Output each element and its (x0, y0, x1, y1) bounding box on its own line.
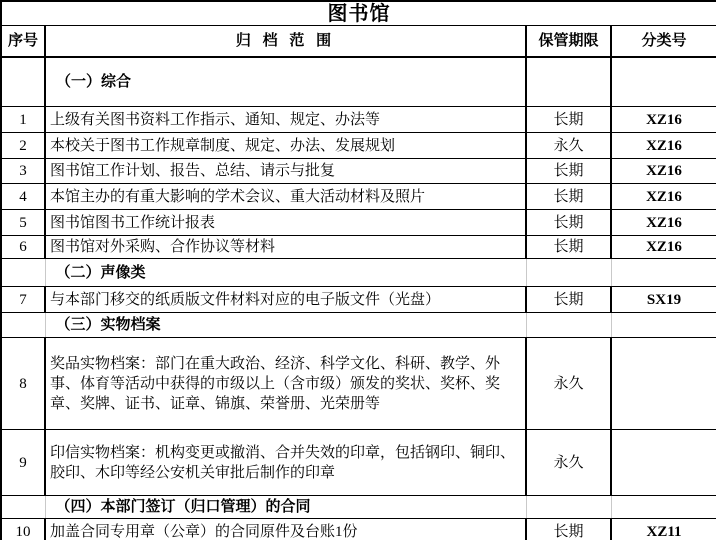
row-number-cell: 10 (1, 519, 45, 540)
retention-cell: 长期 (526, 159, 611, 184)
classification-cell: XZ16 (611, 184, 716, 210)
retention-cell: 长期 (526, 519, 611, 540)
row-number-cell: 7 (1, 287, 45, 313)
row-number-cell: 9 (1, 430, 45, 496)
row-number-cell: 1 (1, 107, 45, 133)
classification-cell: SX19 (611, 287, 716, 313)
scope-cell: 图书馆对外采购、合作协议等材料 (45, 236, 526, 259)
scope-cell: 印信实物档案：机构变更或撤消、合并失效的印章，包括钢印、铜印、胶印、木印等经公安… (45, 430, 526, 496)
retention-cell: 长期 (526, 210, 611, 236)
title-row: 图书馆 (1, 1, 716, 26)
classification-cell: XZ11 (611, 519, 716, 540)
column-header-scope: 归 档 范 围 (45, 26, 526, 58)
section-label-cell: （四）本部门签订（归口管理）的合同 (45, 496, 526, 519)
classification-cell: XZ16 (611, 236, 716, 259)
scope-cell: 本馆主办的有重大影响的学术会议、重大活动材料及照片 (45, 184, 526, 210)
item-row-10: 10 加盖合同专用章（公章）的合同原件及台账1份 长期 XZ11 (1, 519, 716, 540)
section-row-3: （三）实物档案 (1, 313, 716, 338)
document-page: 图书馆 序号 归 档 范 围 保管期限 分类号 （一）综合 1 上级有关图书资料… (0, 0, 716, 540)
item-row-3: 3 图书馆工作计划、报告、总结、请示与批复 长期 XZ16 (1, 159, 716, 184)
retention-cell: 长期 (526, 107, 611, 133)
retention-cell (526, 57, 611, 107)
classification-cell (611, 57, 716, 107)
scope-cell: 图书馆图书工作统计报表 (45, 210, 526, 236)
classification-cell: XZ16 (611, 107, 716, 133)
row-number-cell (1, 313, 45, 338)
retention-cell (526, 259, 611, 287)
classification-cell (611, 313, 716, 338)
classification-cell (611, 338, 716, 430)
row-number-cell: 8 (1, 338, 45, 430)
row-number-cell (1, 496, 45, 519)
item-row-6: 6 图书馆对外采购、合作协议等材料 长期 XZ16 (1, 236, 716, 259)
header-row: 序号 归 档 范 围 保管期限 分类号 (1, 26, 716, 58)
row-number-cell (1, 57, 45, 107)
item-row-7: 7 与本部门移交的纸质版文件材料对应的电子版文件（光盘） 长期 SX19 (1, 287, 716, 313)
classification-cell: XZ16 (611, 210, 716, 236)
section-row-1: （一）综合 (1, 57, 716, 107)
archive-scope-table: 图书馆 序号 归 档 范 围 保管期限 分类号 （一）综合 1 上级有关图书资料… (0, 0, 716, 540)
item-row-2: 2 本校关于图书工作规章制度、规定、办法、发展规划 永久 XZ16 (1, 133, 716, 159)
classification-cell (611, 259, 716, 287)
column-header-retention: 保管期限 (526, 26, 611, 58)
scope-cell: 奖品实物档案：部门在重大政治、经济、科学文化、科研、教学、外事、体育等活动中获得… (45, 338, 526, 430)
column-header-no: 序号 (1, 26, 45, 58)
item-row-4: 4 本馆主办的有重大影响的学术会议、重大活动材料及照片 长期 XZ16 (1, 184, 716, 210)
scope-cell: 上级有关图书资料工作指示、通知、规定、办法等 (45, 107, 526, 133)
row-number-cell (1, 259, 45, 287)
retention-cell: 长期 (526, 236, 611, 259)
row-number-cell: 2 (1, 133, 45, 159)
retention-cell: 长期 (526, 184, 611, 210)
retention-cell: 永久 (526, 133, 611, 159)
classification-cell: XZ16 (611, 159, 716, 184)
scope-cell: 加盖合同专用章（公章）的合同原件及台账1份 (45, 519, 526, 540)
retention-cell (526, 313, 611, 338)
row-number-cell: 4 (1, 184, 45, 210)
row-number-cell: 5 (1, 210, 45, 236)
column-header-class: 分类号 (611, 26, 716, 58)
classification-cell: XZ16 (611, 133, 716, 159)
document-title: 图书馆 (1, 1, 716, 26)
scope-cell: 本校关于图书工作规章制度、规定、办法、发展规划 (45, 133, 526, 159)
retention-cell: 永久 (526, 338, 611, 430)
section-label-cell: （二）声像类 (45, 259, 526, 287)
section-row-4: （四）本部门签订（归口管理）的合同 (1, 496, 716, 519)
retention-cell (526, 496, 611, 519)
item-row-1: 1 上级有关图书资料工作指示、通知、规定、办法等 长期 XZ16 (1, 107, 716, 133)
retention-cell: 长期 (526, 287, 611, 313)
item-row-5: 5 图书馆图书工作统计报表 长期 XZ16 (1, 210, 716, 236)
section-label-cell: （三）实物档案 (45, 313, 526, 338)
scope-cell: 图书馆工作计划、报告、总结、请示与批复 (45, 159, 526, 184)
scope-cell: 与本部门移交的纸质版文件材料对应的电子版文件（光盘） (45, 287, 526, 313)
classification-cell (611, 430, 716, 496)
item-row-9: 9 印信实物档案：机构变更或撤消、合并失效的印章，包括钢印、铜印、胶印、木印等经… (1, 430, 716, 496)
section-row-2: （二）声像类 (1, 259, 716, 287)
retention-cell: 永久 (526, 430, 611, 496)
row-number-cell: 6 (1, 236, 45, 259)
row-number-cell: 3 (1, 159, 45, 184)
classification-cell (611, 496, 716, 519)
section-label-cell: （一）综合 (45, 57, 526, 107)
item-row-8: 8 奖品实物档案：部门在重大政治、经济、科学文化、科研、教学、外事、体育等活动中… (1, 338, 716, 430)
